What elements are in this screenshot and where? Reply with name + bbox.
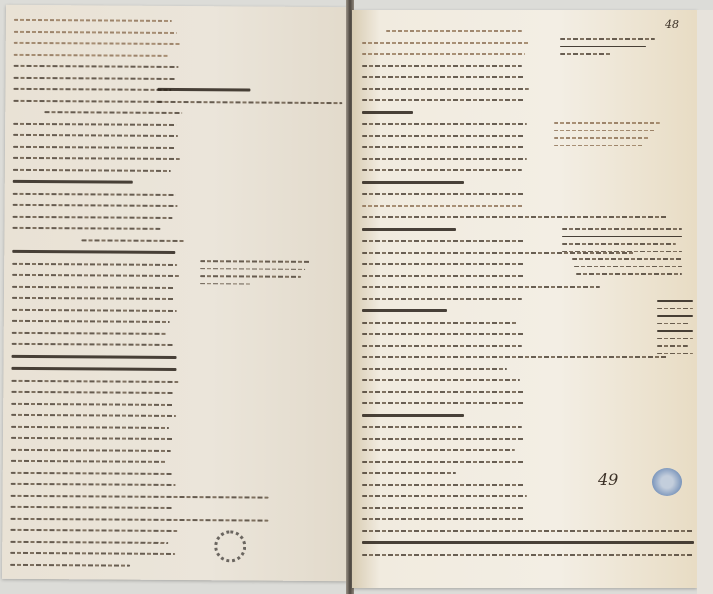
page-number-mark: 49 xyxy=(598,470,618,489)
right-margin-note-2 xyxy=(554,122,660,152)
left-manuscript-page xyxy=(2,5,351,581)
right-margin-note-1 xyxy=(560,38,655,61)
right-edge-notes xyxy=(657,300,693,360)
book-edge xyxy=(697,10,713,594)
library-stamp-left xyxy=(214,530,246,562)
right-margin-note-3 xyxy=(562,228,682,281)
right-manuscript-page: 48 49 xyxy=(352,10,697,588)
right-main-text xyxy=(362,30,532,565)
left-top-crossout-note xyxy=(157,88,342,113)
folio-number: 48 xyxy=(665,18,679,31)
library-stamp-right xyxy=(652,468,682,496)
left-margin-note xyxy=(200,260,310,291)
